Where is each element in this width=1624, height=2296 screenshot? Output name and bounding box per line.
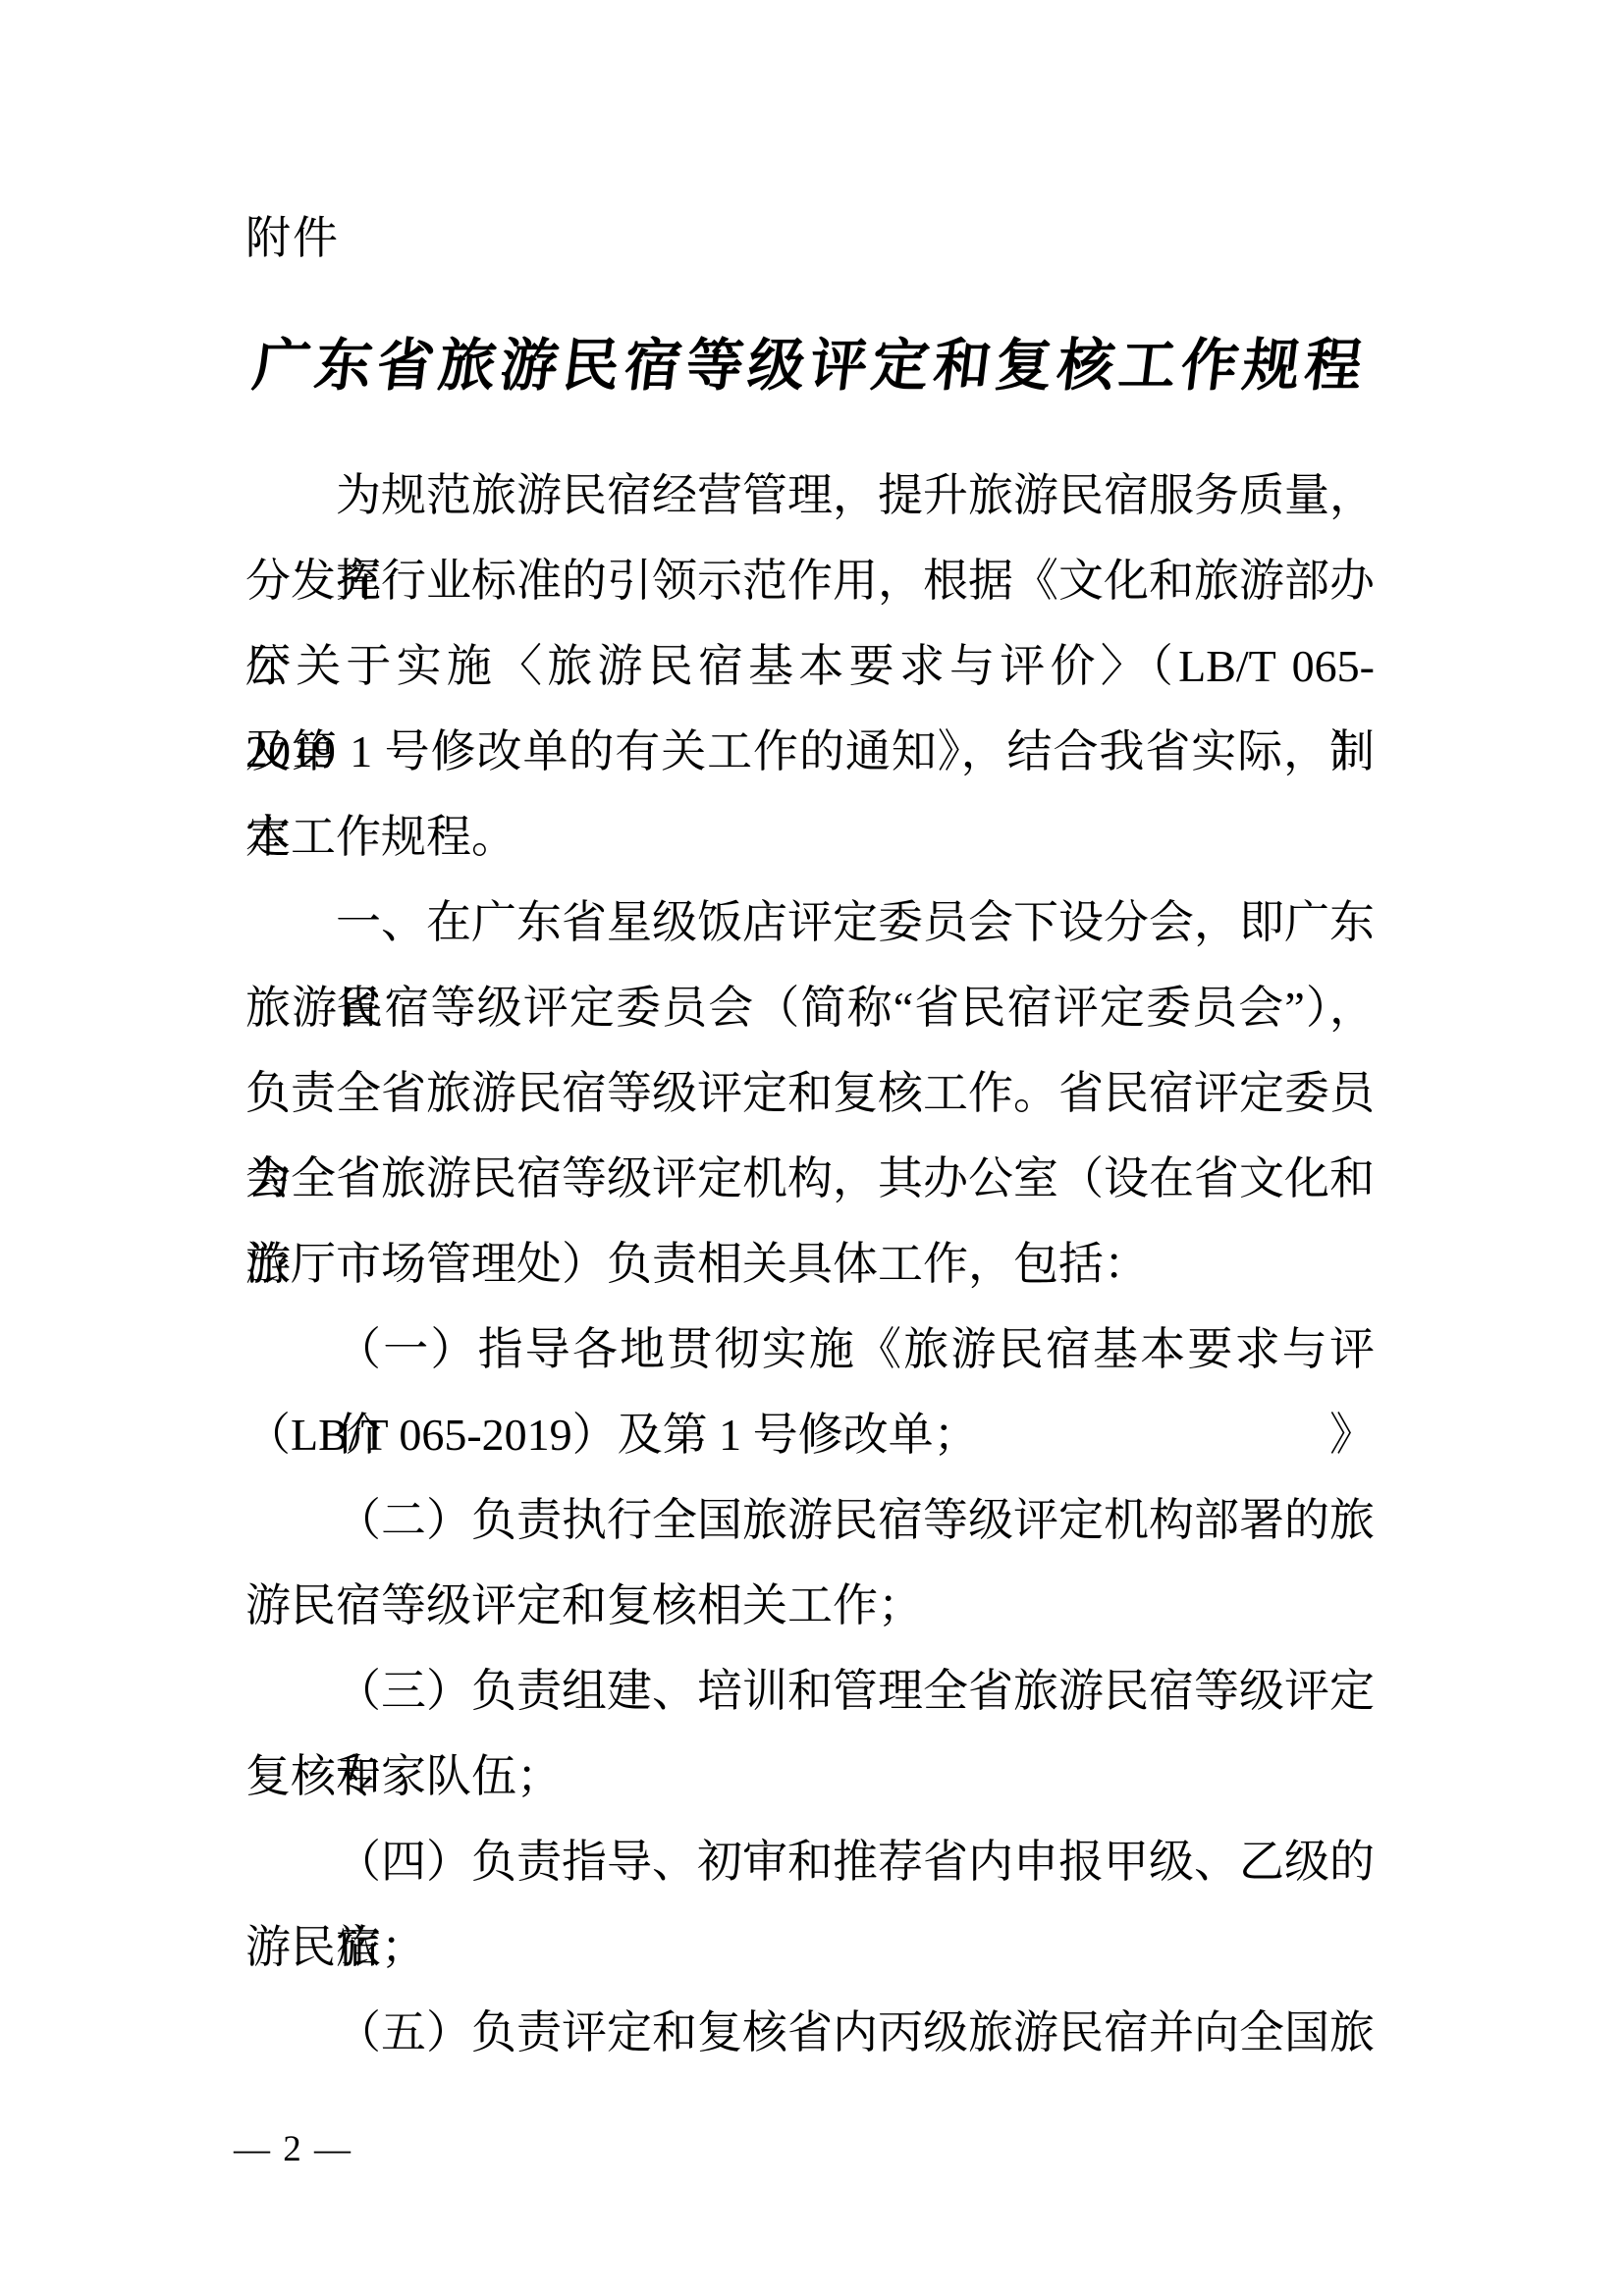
body-line: 为规范旅游民宿经营管理，提升旅游民宿服务质量，充 [245, 453, 1375, 538]
body-line: 游民宿； [245, 1904, 1375, 1990]
page-number: — 2 — [234, 2128, 348, 2171]
body-line: （二）负责执行全国旅游民宿等级评定机构部署的旅 [245, 1477, 1375, 1563]
body-line: （五）负责评定和复核省内丙级旅游民宿并向全国旅 [245, 1990, 1375, 2075]
body-line: 本工作规程。 [245, 794, 1375, 880]
body-line: 分发挥行业标准的引领示范作用，根据《文化和旅游部办公 [245, 538, 1375, 623]
body-line: 游民宿等级评定和复核相关工作； [245, 1563, 1375, 1648]
body-line: （一）指导各地贯彻实施《旅游民宿基本要求与评价》 [245, 1307, 1375, 1392]
body-line: （三）负责组建、培训和管理全省旅游民宿等级评定和 [245, 1648, 1375, 1734]
body-line: 复核专家队伍； [245, 1734, 1375, 1819]
body-line: 及第 1 号修改单的有关工作的通知》，结合我省实际，制定 [245, 709, 1375, 794]
document-body: 为规范旅游民宿经营管理，提升旅游民宿服务质量，充 分发挥行业标准的引领示范作用，… [245, 453, 1375, 2075]
body-line: 旅游民宿等级评定委员会（简称“省民宿评定委员会”）， [245, 965, 1375, 1050]
body-line: （四）负责指导、初审和推荐省内申报甲级、乙级的旅 [245, 1819, 1375, 1904]
body-line: 负责全省旅游民宿等级评定和复核工作。省民宿评定委员会 [245, 1050, 1375, 1136]
body-line: 一、在广东省星级饭店评定委员会下设分会，即广东省 [245, 880, 1375, 965]
body-line: 厅关于实施〈旅游民宿基本要求与评价〉（LB/T 065-2019） [245, 623, 1375, 709]
document-title: 广东省旅游民宿等级评定和复核工作规程 [241, 330, 1379, 402]
attachment-label: 附件 [245, 212, 340, 263]
body-line: 为全省旅游民宿等级评定机构，其办公室（设在省文化和旅 [245, 1136, 1375, 1221]
body-line: 游厅市场管理处）负责相关具体工作，包括： [245, 1221, 1375, 1307]
document-page: 附件 广东省旅游民宿等级评定和复核工作规程 为规范旅游民宿经营管理，提升旅游民宿… [0, 0, 1624, 2296]
